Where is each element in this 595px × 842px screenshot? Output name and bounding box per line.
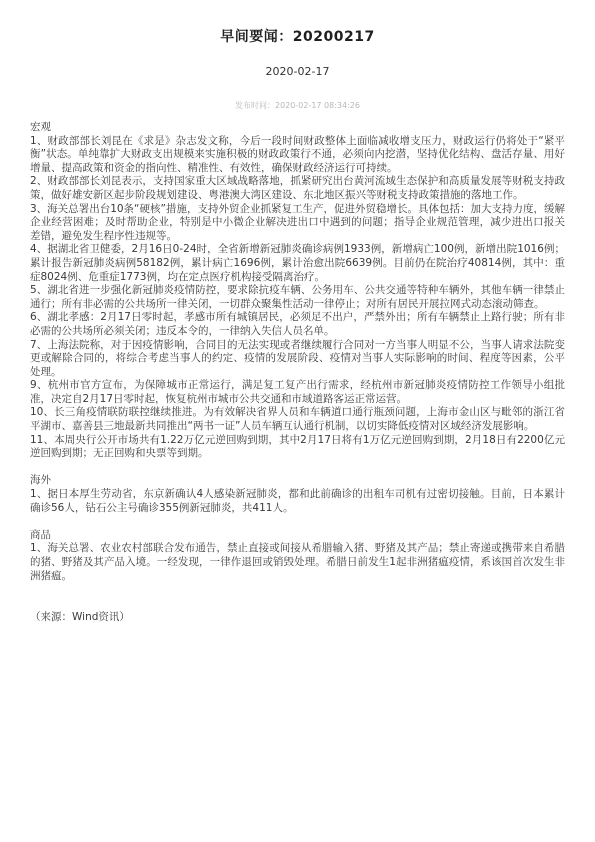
section-heading-commodities: 商品 — [30, 529, 565, 543]
publish-time: 发布时间：2020-02-17 08:34:26 — [0, 100, 595, 111]
news-item-macro-5: 5、湖北省进一步强化新冠肺炎疫情防控，要求除抗疫车辆、公务用车、公共交通等特种车… — [30, 284, 565, 311]
document-page: 早间要闻：20200217 2020-02-17 发布时间：2020-02-17… — [0, 0, 595, 842]
news-item-macro-1: 1、财政部部长刘昆在《求是》杂志发文称，今后一段时间财政整体上面临减收增支压力，… — [30, 135, 565, 176]
document-body: 宏观 1、财政部部长刘昆在《求是》杂志发文称，今后一段时间财政整体上面临减收增支… — [30, 121, 565, 625]
news-item-macro-6: 6、湖北孝感：2月17日零时起，孝感市所有城镇居民，必须足不出户，严禁外出；所有… — [30, 311, 565, 338]
section-heading-macro: 宏观 — [30, 121, 565, 135]
news-item-macro-2: 2、财政部部长刘昆表示，支持国家重大区域战略落地，抓紧研究出台黄河流域生态保护和… — [30, 175, 565, 202]
news-item-macro-4: 4、据湖北省卫健委，2月16日0-24时，全省新增新冠肺炎确诊病例1933例，新… — [30, 243, 565, 284]
document-title: 早间要闻：20200217 — [0, 26, 595, 46]
news-item-macro-7: 7、上海法院称，对于因疫情影响，合同目的无法实现或者继续履行合同对一方当事人明显… — [30, 339, 565, 380]
news-item-macro-9: 9、杭州市官方宣布，为保障城市正常运行，满足复工复产出行需求，经杭州市新冠肺炎疫… — [30, 379, 565, 406]
source-line: （来源：Wind资讯） — [30, 611, 565, 625]
news-item-macro-11: 11、本周央行公开市场共有1.22万亿元逆回购到期，其中2月17日将有1万亿元逆… — [30, 434, 565, 461]
section-heading-overseas: 海外 — [30, 474, 565, 488]
news-item-macro-10: 10、长三角疫情联防联控继续推进。为有效解决省界人员和车辆道口通行瓶颈问题，上海… — [30, 406, 565, 433]
news-item-commodities-1: 1、海关总署、农业农村部联合发布通告，禁止直接或间接从希腊输入猪、野猪及其产品；… — [30, 542, 565, 583]
document-date: 2020-02-17 — [0, 65, 595, 78]
news-item-macro-3: 3、海关总署出台10条“硬核”措施，支持外贸企业抓紧复工生产，促进外贸稳增长。具… — [30, 203, 565, 244]
news-item-overseas-1: 1、据日本厚生劳动省，东京新确认4人感染新冠肺炎，都和此前确诊的出租车司机有过密… — [30, 488, 565, 515]
